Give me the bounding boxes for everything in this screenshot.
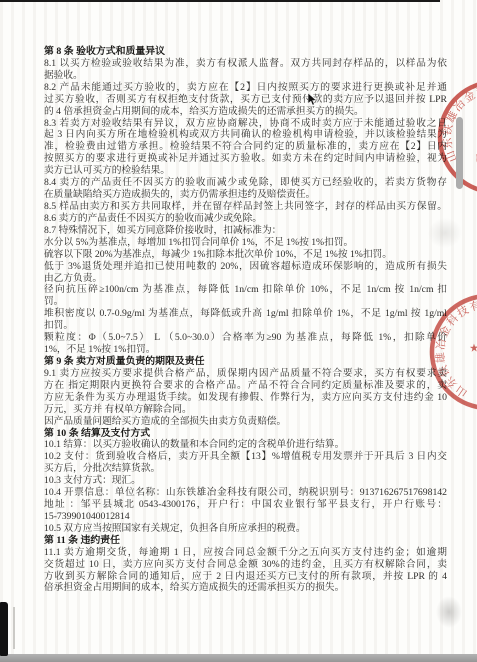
text-line: 倍承担资金占用期间的成本，给买方造成损失的还需承担买方的损失。 (44, 582, 447, 594)
text-line: 11.1 卖方逾期交货，每逾期 1 日，应按合同总金额千分之五向买方支付违约金；… (44, 547, 447, 559)
text-line: 买方后，分批次结算货款。 (44, 463, 447, 475)
stamp-star-icon: ★ (467, 342, 477, 355)
text-line: 水分以 5%为基准点，每增加 1%扣罚合同单价 1%，不足 1%按 1%扣罚。 (44, 237, 447, 249)
text-line: 方在 指定期限内更换符合要求的合格产品。产品不符合合同约定质量标准及要求的，卖 (44, 380, 447, 392)
section-heading: 第 10 条 结算及支付方式 (44, 428, 447, 440)
text-line: 万元，买方并 有权单方解除合同。 (44, 404, 447, 416)
text-line: 因产品质量问题给买方造成的全部损失由卖方负责赔偿。 (44, 416, 447, 428)
text-line: 8.2 产品未能通过买方验收的，卖方应在【2】日内按照买方的要求进行更换或补足并… (44, 82, 447, 94)
text-line: 15-739901040012814 (44, 511, 447, 523)
text-line: 9.1 卖方应按买方要求提供合格产品，质保期内因产品质量不符合要求，买方有权要求… (44, 368, 447, 380)
text-line: 按照买方的要求进行更换或补足并通过买方验收。如卖方未在约定时间内申请检验，视为 (44, 153, 447, 165)
scan-corner-black-mark (0, 602, 8, 656)
text-line: 8.6 卖方的产品责任不因买方的验收而减少或免除。 (44, 213, 447, 225)
section-heading: 第 8 条 验收方式和质量异议 (44, 46, 447, 58)
text-line: 的 4 倍承担资金占用期间的成本，给买方造成损失的还需承担买方的损失。 (44, 106, 447, 118)
scan-bottom-edge (0, 654, 477, 662)
scan-left-fold-line (13, 607, 15, 649)
scan-top-edge (0, 0, 440, 2)
text-line: 10.4 开票信息：单位名称：山东铁雄冶金科技有限公司，纳税识别号：913716… (44, 487, 447, 499)
text-line: 据验收。 (44, 70, 447, 82)
text-line: 10.3 支付方式：现汇。 (44, 475, 447, 487)
text-line: 起 3 日内向买方所在地检验机构或双方共同确认的检验机构申请检验，并以该检验结果… (44, 129, 447, 141)
stamp-center-text: 合同专用章 (471, 115, 477, 168)
scanned-contract-page: 第 8 条 验收方式和质量异议8.1 以买方检验或验收结果为准，卖方有权派人监督… (0, 0, 477, 662)
text-line: 准，检验费由过错方承担。检验结果不符合合同约定的质量标准的，卖方应在【2】日内 (44, 141, 447, 153)
text-line: 颗粒度：Φ（5.0~7.5） L （5.0~30.0）合格率为≥90 为基准点，… (44, 332, 447, 344)
text-line: 8.7 特殊情况下，如买方同意降价接收时，扣减标准为： (44, 225, 447, 237)
text-line: 交货超过 10 日，卖方应向买方支付合同总金额 30%的违约金，且买方有权解除合… (44, 559, 447, 571)
text-line: 低于 3%退货处理并追扣已使用吨数的 20%，因硫容超标造成环保影响的，造成所有… (44, 261, 447, 273)
contract-text: 第 8 条 验收方式和质量异议8.1 以买方检验或验收结果为准，卖方有权派人监督… (44, 46, 447, 594)
scan-smudge (436, 596, 462, 628)
text-line: 1%，不足 1%按 1%扣罚。 (44, 344, 447, 356)
section-heading: 第 11 条 违约责任 (44, 535, 447, 547)
text-line: 方收到买方解除合同的通知后，应于 2 日内退还买方已支付的所有款项，并按 LPR… (44, 571, 447, 583)
text-line: 扣罚。 (44, 320, 447, 332)
mouse-cursor-icon (308, 93, 318, 106)
text-line: 在质量缺陷给买方造成损失的，卖方仍需承担违约及赔偿责任。 (44, 189, 447, 201)
text-line: 10.1 结算：以买方验收确认的数量和本合同约定的含税单价进行结算。 (44, 439, 447, 451)
text-line: 卖方已认可买方的检验结果。 (44, 165, 447, 177)
text-line: 8.5 样品由卖方和买方共同取样，并在留存样品封签上共同签字，封存的样品由买方保… (44, 201, 447, 213)
text-line: 地址 ：邹平县城北 0543-4300176，开户行：中国农业银行邹平县支行，开… (44, 499, 447, 511)
text-line: 8.3 若卖方对验收结果有异议，双方应协商解决，协商不成时卖方应于未能通过验收之… (44, 118, 447, 130)
text-line: 8.4 卖方的产品责任不因买方的验收而减少或免除，即使买方已经验收的，若卖方货物… (44, 177, 447, 189)
text-line: 8.1 以买方检验或验收结果为准，卖方有权派人监督。双方共同封存样品的，以样品为… (44, 58, 447, 70)
section-heading: 第 9 条 卖方对质量负责的期限及责任 (44, 356, 447, 368)
text-line: 10.2 支付：货到验收合格后，卖方开具全额【13】%增值税专用发票并于开具后 … (44, 451, 447, 463)
text-line: 10.5 双方应当按照国家有关规定，负担各自所应承担的税费。 (44, 523, 447, 535)
text-line: 过买方验收，否则买方有权拒绝支付货款，买方已支付预付款的卖方应予以退回并按 LP… (44, 94, 447, 106)
scrollbar-thumb[interactable] (456, 117, 463, 189)
text-line: 由乙方负责。 (44, 273, 447, 285)
text-line: 罚。 (44, 296, 447, 308)
text-line: 方应无条件为买方办理退货手续。如发现有掺假、作弊行为，卖方应向买方支付违约金 1… (44, 392, 447, 404)
text-line: 硫容以下限 20%为基准点，每减少 1%扣除本批次单价 10%，不足 1%按 1… (44, 249, 447, 261)
text-line: 径向抗压碎≥100n/cm 为基准点，每降低 1n/cm 扣除单价 10%，不足… (44, 284, 447, 296)
text-line: 堆积密度以 0.7-0.9g/ml 为基准点，每降低或升高 1g/ml 扣除单价… (44, 308, 447, 320)
